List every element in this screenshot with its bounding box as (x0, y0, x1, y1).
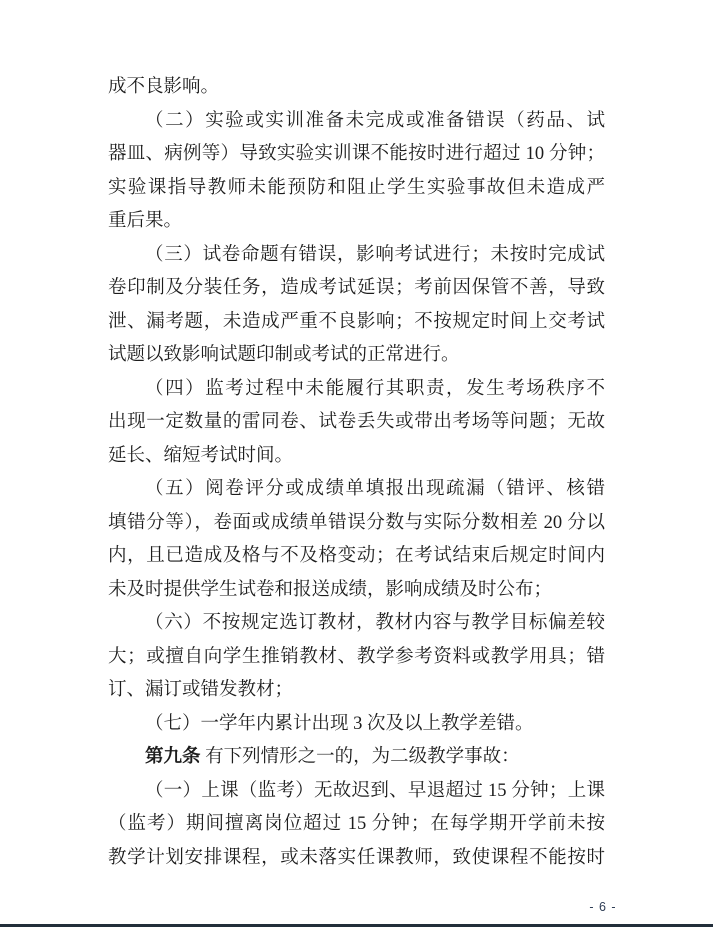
text-line: 器皿、病例等）导致实验实训课不能按时进行超过 10 分钟； (108, 138, 605, 172)
text-line: 卷印制及分装任务，造成考试延误；考前因保管不善，导致 (108, 272, 605, 306)
document-body: 成不良影响。（二）实验或实训准备未完成或准备错误（药品、试剂、器皿、病例等）导致… (108, 71, 605, 875)
text-line: （五）阅卷评分或成绩单填报出现疏漏（错评、核错分、 (108, 473, 605, 507)
text-line: 内，且已造成及格与不及格变动；在考试结束后规定时间内 (108, 540, 605, 574)
text-line: 未及时提供学生试卷和报送成绩，影响成绩及时公布； (108, 574, 605, 608)
text-line: 大；或擅自向学生推销教材、教学参考资料或教学用具；错 (108, 641, 605, 675)
text-line: （七）一学年内累计出现 3 次及以上教学差错。 (108, 708, 605, 742)
text-line: 成不良影响。 (108, 71, 605, 105)
text-line: 填错分等），卷面或成绩单错误分数与实际分数相差 20 分以 (108, 507, 605, 541)
text-line: （一）上课（监考）无故迟到、早退超过 15 分钟；上课 (108, 775, 605, 809)
text-line: （四）监考过程中未能履行其职责，发生考场秩序不好、 (108, 373, 605, 407)
text-line: 教学计划安排课程，或未落实任课教师，致使课程不能按时 (108, 842, 605, 876)
page-boundary-bar (0, 924, 713, 927)
text-line: （三）试卷命题有错误，影响考试进行；未按时完成试 (108, 239, 605, 273)
text-line: （六）不按规定选订教材，教材内容与教学目标偏差较 (108, 607, 605, 641)
text-line: 出现一定数量的雷同卷、试卷丢失或带出考场等问题；无故 (108, 406, 605, 440)
text-line: 延长、缩短考试时间。 (108, 440, 605, 474)
text-line: 实验课指导教师未能预防和阻止学生实验事故但未造成严 (108, 172, 605, 206)
text-line: 第九条 有下列情形之一的，为二级教学事故： (108, 741, 605, 775)
page-number: - 6 - (578, 900, 628, 914)
text-line: （二）实验或实训准备未完成或准备错误（药品、试剂、 (108, 105, 605, 139)
text-line: 泄、漏考题，未造成严重不良影响；不按规定时间上交考试 (108, 306, 605, 340)
text-line: 订、漏订或错发教材； (108, 674, 605, 708)
document-page: 成不良影响。（二）实验或实训准备未完成或准备错误（药品、试剂、器皿、病例等）导致… (0, 0, 713, 929)
text-line: 重后果。 (108, 205, 605, 239)
article-heading: 第九条 (145, 747, 201, 767)
text-line: 试题以致影响试题印制或考试的正常进行。 (108, 339, 605, 373)
text-line: （监考）期间擅离岗位超过 15 分钟；在每学期开学前未按 (108, 808, 605, 842)
